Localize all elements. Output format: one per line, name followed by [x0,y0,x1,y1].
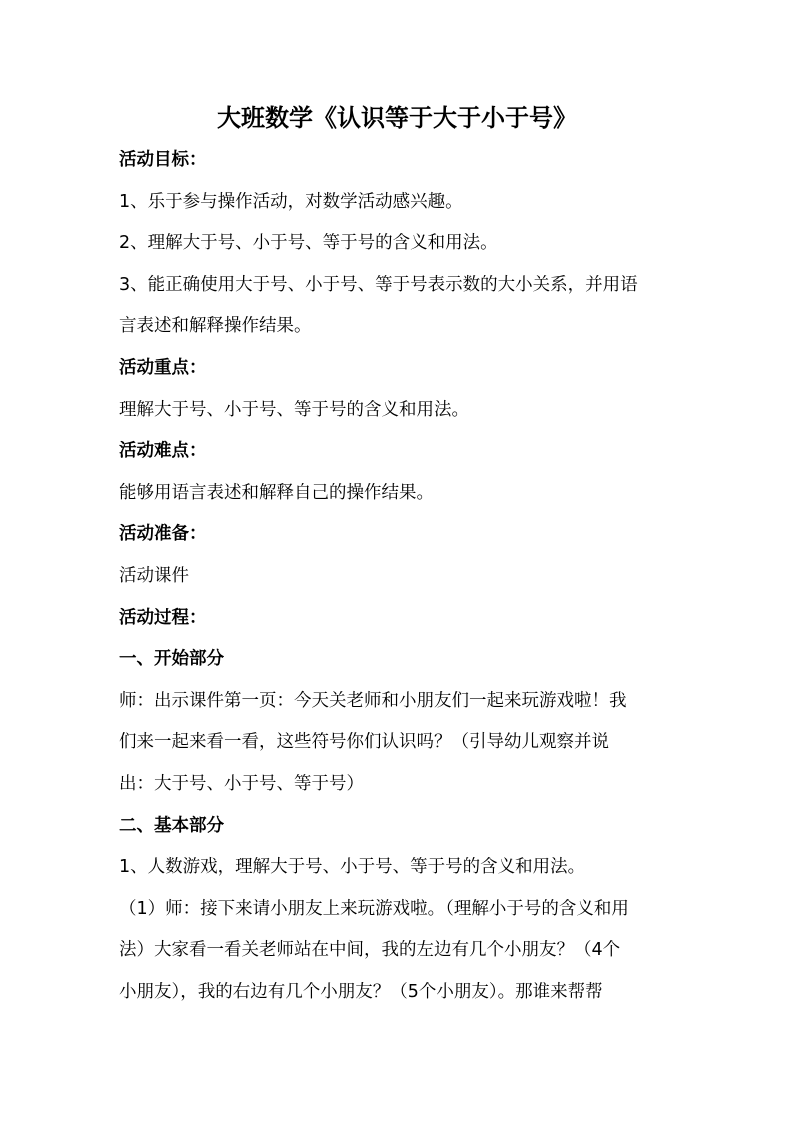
paragraph-line: 们来一起来看一看，这些符号你们认识吗？（引导幼儿观察并说 [119,722,679,764]
section-heading-key-points: 活动重点： [119,348,679,390]
goal-item-2: 2、理解大于号、小于号、等于号的含义和用法。 [119,223,679,265]
document-page: 大班数学《认识等于大于小于号》 活动目标： 1、乐于参与操作活动，对数学活动感兴… [0,0,794,1123]
goal-item-3-cont: 言表述和解释操作结果。 [119,306,679,348]
paragraph-line: 出：大于号、小于号、等于号） [119,764,679,806]
paragraph-line: 1、人数游戏，理解大于号、小于号、等于号的含义和用法。 [119,847,679,889]
subsection-heading-basic: 二、基本部分 [119,806,679,848]
document-title: 大班数学《认识等于大于小于号》 [0,100,794,136]
paragraph-line: （1）师：接下来请小朋友上来玩游戏啦。（理解小于号的含义和用 [119,889,679,931]
paragraph-line: 法）大家看一看关老师站在中间，我的左边有几个小朋友？（4个 [119,930,679,972]
paragraph-line: 师：出示课件第一页：今天关老师和小朋友们一起来玩游戏啦！我 [119,681,679,723]
paragraph-line: 小朋友），我的右边有几个小朋友？（5个小朋友）。那谁来帮帮 [119,972,679,1014]
document-body: 活动目标： 1、乐于参与操作活动，对数学活动感兴趣。 2、理解大于号、小于号、等… [119,140,679,1013]
preparation-text: 活动课件 [119,556,679,598]
difficulties-text: 能够用语言表述和解释自己的操作结果。 [119,473,679,515]
goal-item-3: 3、能正确使用大于号、小于号、等于号表示数的大小关系，并用语 [119,265,679,307]
subsection-heading-start: 一、开始部分 [119,639,679,681]
section-heading-preparation: 活动准备： [119,514,679,556]
section-heading-difficulties: 活动难点： [119,431,679,473]
goal-item-1: 1、乐于参与操作活动，对数学活动感兴趣。 [119,182,679,224]
section-heading-goals: 活动目标： [119,140,679,182]
key-points-text: 理解大于号、小于号、等于号的含义和用法。 [119,390,679,432]
section-heading-process: 活动过程： [119,598,679,640]
